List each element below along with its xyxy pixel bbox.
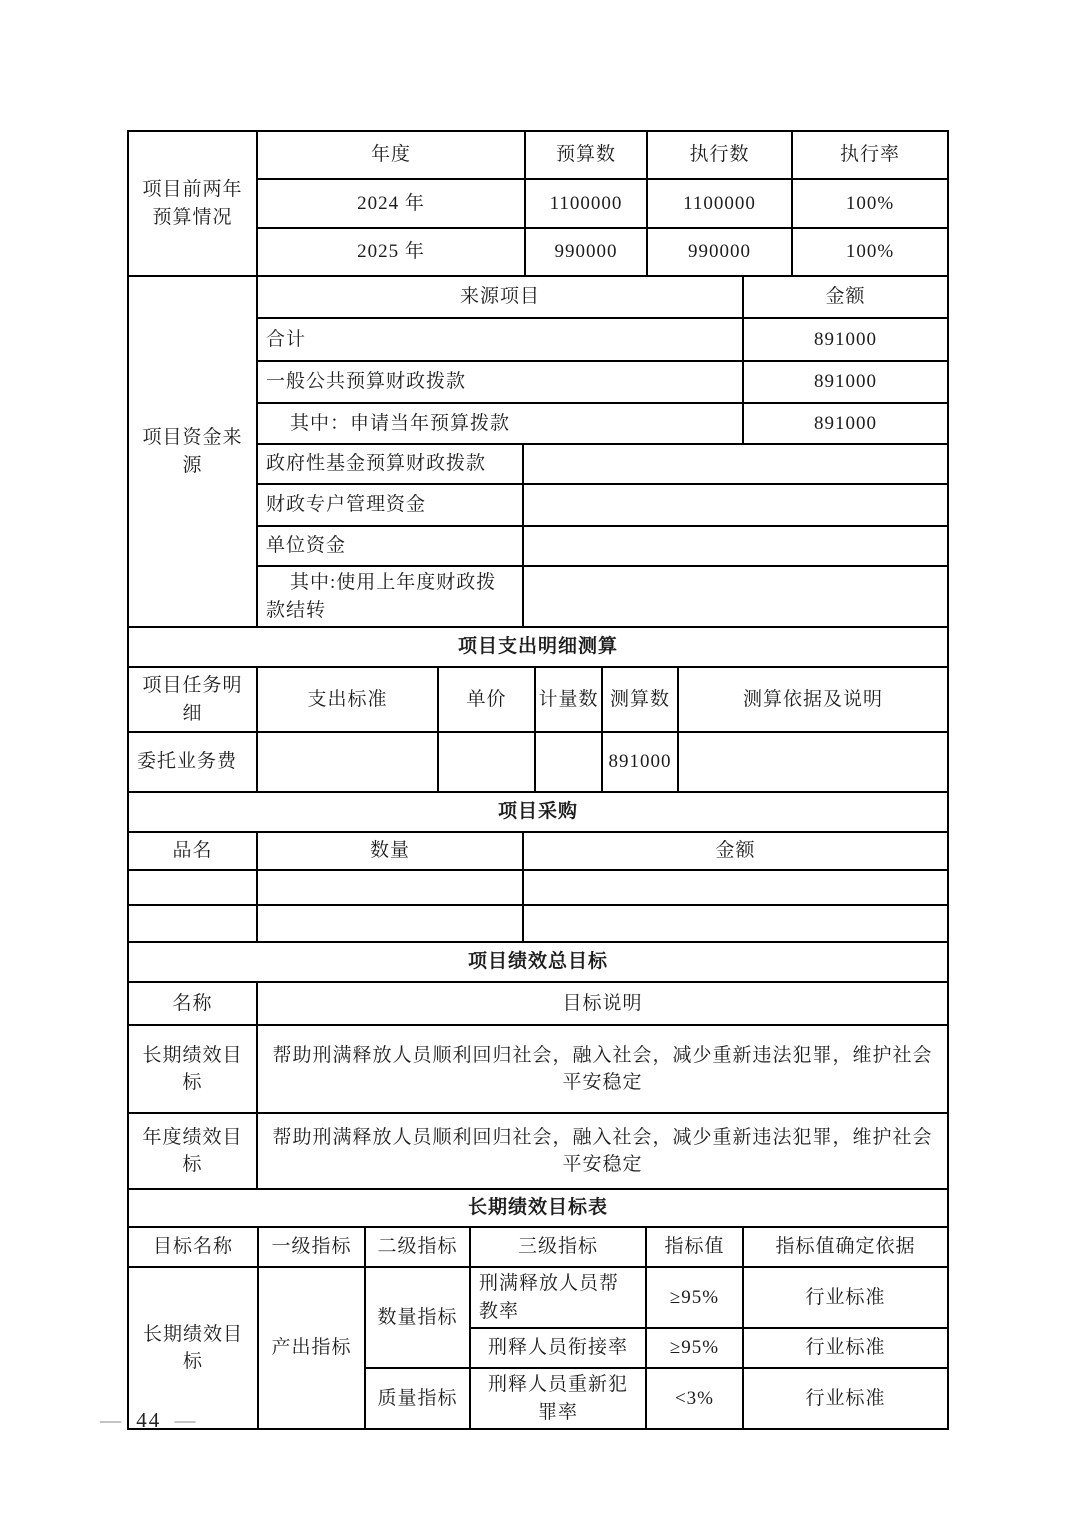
value-connection-rate: ≥95%: [646, 1328, 743, 1368]
indicator-connection-rate: 刑释人员衔接率: [470, 1328, 646, 1368]
header-calculated: 测算数: [602, 667, 678, 732]
header-rate: 执行率: [792, 131, 948, 179]
prior-budget-table: 项目前两年预算情况 年度 预算数 执行数 执行率 2024 年 1100000 …: [127, 130, 949, 277]
procurement-quantity-cell: [257, 905, 523, 942]
funding-gov-fund-amount: [523, 444, 948, 484]
funding-current-year-amount: 891000: [743, 403, 948, 444]
basis-help-education-rate: 行业标准: [743, 1267, 948, 1328]
budget-document-tables: 项目前两年预算情况 年度 预算数 执行数 执行率 2024 年 1100000 …: [127, 130, 947, 1430]
header-proc-quantity: 数量: [257, 832, 523, 870]
procurement-item-cell: [128, 905, 257, 942]
funding-total-amount: 891000: [743, 318, 948, 361]
expenditure-unitprice-cell: [438, 732, 535, 792]
budget-2025-cell: 990000: [525, 228, 647, 276]
funding-general-budget-amount: 891000: [743, 361, 948, 403]
document-page: 项目前两年预算情况 年度 预算数 执行数 执行率 2024 年 1100000 …: [0, 0, 1074, 1520]
rate-2024-cell: 100%: [792, 179, 948, 228]
longterm-goal-description: 帮助刑满释放人员顺利回归社会，融入社会，减少重新违法犯罪，维护社会平安稳定: [257, 1025, 948, 1113]
procurement-amount-cell: [523, 870, 948, 905]
executed-2025-cell: 990000: [647, 228, 792, 276]
annual-goal-description: 帮助刑满释放人员顺利回归社会，融入社会，减少重新违法犯罪，维护社会平安稳定: [257, 1113, 948, 1189]
output-indicator-label: 产出指标: [258, 1267, 365, 1429]
page-number-dash-left: —: [100, 1408, 123, 1432]
procurement-item-cell: [128, 870, 257, 905]
quantity-indicator-label: 数量指标: [365, 1267, 470, 1368]
header-level2: 二级指标: [365, 1227, 470, 1267]
expenditure-detail-table: 项目支出明细测算 项目任务明细 支出标准 单价 计量数 测算数 测算依据及说明 …: [127, 626, 949, 793]
value-recidivism-rate: <3%: [646, 1368, 743, 1429]
header-goal-title: 目标名称: [128, 1227, 258, 1267]
header-level3: 三级指标: [470, 1227, 646, 1267]
funding-gov-fund-label: 政府性基金预算财政拨款: [257, 444, 523, 484]
budget-2024-cell: 1100000: [525, 179, 647, 228]
overall-goal-section-title: 项目绩效总目标: [128, 942, 948, 982]
overall-goal-table: 项目绩效总目标 名称 目标说明 长期绩效目标 帮助刑满释放人员顺利回归社会，融入…: [127, 941, 949, 1190]
expenditure-task-cell: 委托业务费: [128, 732, 257, 792]
expenditure-calculated-cell: 891000: [602, 732, 678, 792]
header-measure-qty: 计量数: [535, 667, 602, 732]
funding-unit-funds-label: 单位资金: [257, 526, 523, 566]
page-number-value: 44: [136, 1408, 161, 1432]
longterm-goal-name: 长期绩效目标: [128, 1025, 257, 1113]
page-number-dash-right: —: [175, 1408, 198, 1432]
header-goal-description: 目标说明: [257, 982, 948, 1025]
indicator-help-education-rate: 刑满释放人员帮教率: [470, 1267, 646, 1328]
rate-2025-cell: 100%: [792, 228, 948, 276]
year-2025-cell: 2025 年: [257, 228, 525, 276]
prior-budget-row-label: 项目前两年预算情况: [128, 131, 257, 276]
header-source-item: 来源项目: [257, 276, 743, 318]
header-executed: 执行数: [647, 131, 792, 179]
basis-recidivism-rate: 行业标准: [743, 1368, 948, 1429]
year-2024-cell: 2024 年: [257, 179, 525, 228]
header-goal-name: 名称: [128, 982, 257, 1025]
annual-goal-name: 年度绩效目标: [128, 1113, 257, 1189]
value-help-education-rate: ≥95%: [646, 1267, 743, 1328]
basis-connection-rate: 行业标准: [743, 1328, 948, 1368]
quality-indicator-label: 质量指标: [365, 1368, 470, 1429]
procurement-amount-cell: [523, 905, 948, 942]
expenditure-section-title: 项目支出明细测算: [128, 627, 948, 667]
funding-carryover-amount: [523, 566, 948, 627]
procurement-quantity-cell: [257, 870, 523, 905]
executed-2024-cell: 1100000: [647, 179, 792, 228]
header-indicator-value: 指标值: [646, 1227, 743, 1267]
longterm-goal-label: 长期绩效目标: [128, 1267, 258, 1429]
funding-total-label: 合计: [257, 318, 743, 361]
header-level1: 一级指标: [258, 1227, 365, 1267]
header-budget: 预算数: [525, 131, 647, 179]
header-calc-basis: 测算依据及说明: [678, 667, 948, 732]
longterm-section-title: 长期绩效目标表: [128, 1189, 948, 1227]
header-value-basis: 指标值确定依据: [743, 1227, 948, 1267]
funding-current-year-label: 其中：申请当年预算拨款: [257, 403, 743, 444]
indicator-recidivism-rate: 刑释人员重新犯罪率: [470, 1368, 646, 1429]
longterm-indicator-table: 长期绩效目标表 目标名称 一级指标 二级指标 三级指标 指标值 指标值确定依据 …: [127, 1188, 949, 1430]
header-spend-standard: 支出标准: [257, 667, 438, 732]
funding-general-budget-label: 一般公共预算财政拨款: [257, 361, 743, 403]
header-proc-amount: 金额: [523, 832, 948, 870]
expenditure-standard-cell: [257, 732, 438, 792]
funding-source-table: 项目资金来源 来源项目 金额 合计 891000 一般公共预算财政拨款 8910…: [127, 275, 949, 628]
page-number: — 44 —: [100, 1408, 198, 1433]
procurement-section-title: 项目采购: [128, 792, 948, 832]
funding-carryover-label: 其中:使用上年度财政拨款结转: [257, 566, 523, 627]
expenditure-quantity-cell: [535, 732, 602, 792]
funding-fiscal-account-amount: [523, 484, 948, 526]
funding-fiscal-account-label: 财政专户管理资金: [257, 484, 523, 526]
header-unit-price: 单价: [438, 667, 535, 732]
funding-row-label: 项目资金来源: [128, 276, 257, 627]
header-year: 年度: [257, 131, 525, 179]
expenditure-basis-cell: [678, 732, 948, 792]
funding-unit-funds-amount: [523, 526, 948, 566]
procurement-table: 项目采购 品名 数量 金额: [127, 791, 949, 943]
header-item-name: 品名: [128, 832, 257, 870]
header-task-detail: 项目任务明细: [128, 667, 257, 732]
header-amount: 金额: [743, 276, 948, 318]
